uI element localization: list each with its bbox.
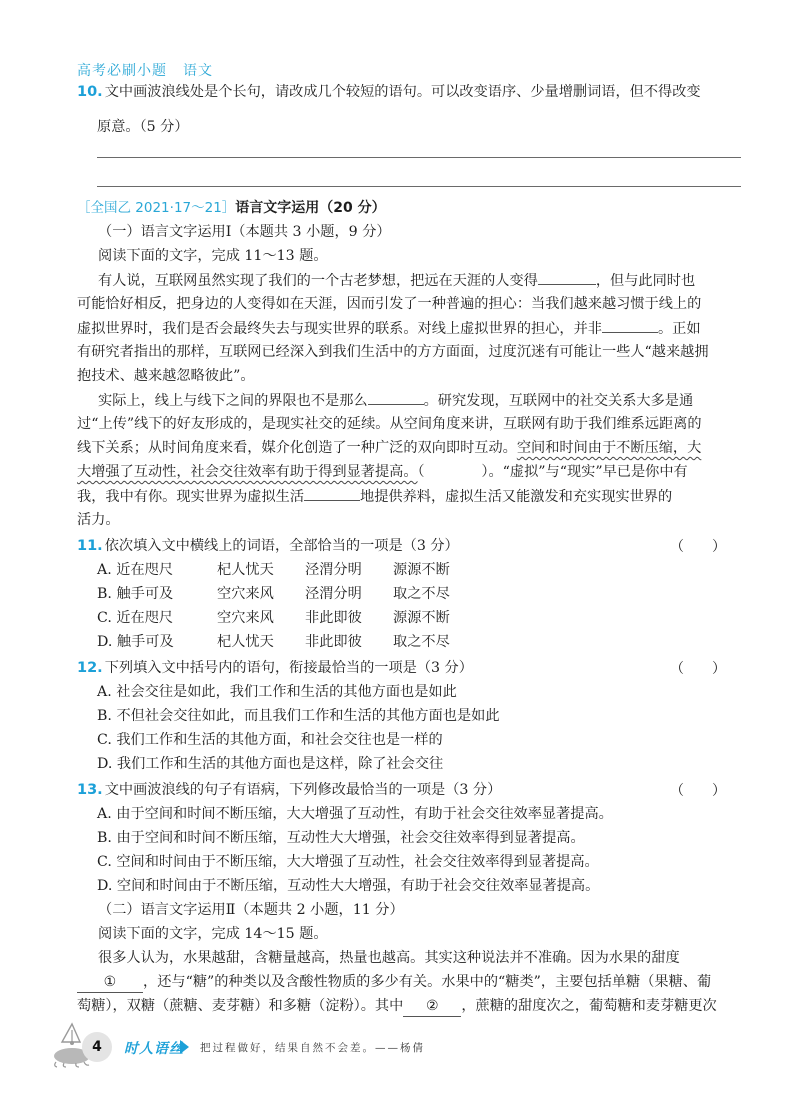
numbered-blank-2[interactable]: ② (403, 996, 461, 1017)
option-b[interactable]: B. 不但社会交往如此，而且我们工作和生活的其他方面也是如此 (97, 706, 757, 726)
footer-brand: 时人语丝 (124, 1038, 184, 1058)
passage-text: ，但与此同时也 (596, 273, 695, 289)
option-word: 泾渭分明 (305, 560, 393, 580)
passage-line: 有人说，互联网虽然实现了我们的一个古老梦想，把远在天涯的人变得，但与此同时也 (98, 270, 758, 291)
option-d[interactable]: D. 空间和时间由于不断压缩，互动性大大增强，有助于社会交往效率显著提高。 (97, 876, 757, 896)
passage-text: 萄糖），双糖（蔗糖、麦芽糖）和多糖（淀粉）。其中 (77, 998, 403, 1014)
option-word: 非此即彼 (305, 632, 393, 652)
option-b[interactable]: B. 由于空间和时间不断压缩，互动性大大增强，社会交往效率得到显著提高。 (97, 828, 757, 848)
part2-instruction: 阅读下面的文字，完成 14～15 题。 (98, 924, 758, 944)
option-c[interactable]: C. 空间和时间由于不断压缩，大大增强了互动性，社会交往效率得到显著提高。 (97, 852, 757, 872)
option-a[interactable]: A. 社会交往是如此，我们工作和生活的其他方面也是如此 (97, 682, 757, 702)
part1-instruction: 阅读下面的文字，完成 11～13 题。 (98, 246, 758, 266)
passage-text: 地提供养料，虚拟生活又能激发和充实现实世界的 (360, 489, 672, 505)
option-row-d[interactable]: D. 触手可及杞人忧天非此即彼取之不尽 (97, 632, 757, 652)
question-number: 11. (77, 538, 103, 554)
part1-title: （一）语言文字运用Ⅰ（本题共 3 小题，9 分） (98, 222, 758, 242)
play-arrow-icon (180, 1040, 189, 1054)
option-d[interactable]: D. 我们工作和生活的其他方面也是这样，除了社会交往 (97, 754, 757, 774)
option-word: 非此即彼 (305, 608, 393, 628)
section-title: 语言文字运用（20 分） (235, 200, 385, 216)
passage-line: 实际上，线上与线下之间的界限也不是那么。研究发现，互联网中的社交关系大多是通 (98, 390, 758, 411)
passage-line: 我，我中有你。现实世界为虚拟生活地提供养料，虚拟生活又能激发和充实现实世界的 (77, 486, 737, 507)
question-13: 13.文中画波浪线的句子有语病，下列修改最恰当的一项是（3 分） (77, 780, 737, 800)
passage-line: 线下关系；从时间角度来看，媒介化创造了一种广泛的双向即时互动。空间和时间由于不断… (77, 438, 737, 458)
page-header: 高考必刷小题语文 (77, 60, 213, 80)
answer-line-1[interactable] (97, 157, 741, 158)
option-row-a[interactable]: A. 近在咫尺杞人忧天泾渭分明源源不断 (97, 560, 757, 580)
passage-text: 虚拟世界时，我们是否会最终失去与现实世界的联系。对线上虚拟世界的担心，并非 (77, 321, 602, 337)
passage-line: 抱技术、越来越忽略彼此”。 (77, 366, 737, 386)
passage-text: 。研究发现，互联网中的社交关系大多是通 (424, 393, 694, 409)
passage-line: 很多人认为，水果越甜，含糖量越高，热量也越高。其实这种说法并不准确。因为水果的甜… (98, 948, 758, 968)
passage-text: 线下关系；从时间角度来看，媒介化创造了一种广泛的双向即时互动。 (77, 440, 517, 456)
option-a[interactable]: A. 由于空间和时间不断压缩，大大增强了互动性，有助于社会交往效率显著提高。 (97, 804, 757, 824)
wavy-underlined-text: 空间和时间由于不断压缩，大 (517, 440, 701, 456)
question-stem: 下列填入文中括号内的语句，衔接最恰当的一项是（3 分） (105, 660, 473, 676)
option-word: 源源不断 (393, 608, 450, 628)
passage-line: 萄糖），双糖（蔗糖、麦芽糖）和多糖（淀粉）。其中②，蔗糖的甜度次之，葡萄糖和麦芽… (77, 996, 737, 1017)
passage-text: 有人说，互联网虽然实现了我们的一个古老梦想，把远在天涯的人变得 (98, 273, 538, 289)
question-number: 12. (77, 660, 103, 676)
passage-line: 有研究者指出的那样，互联网已经深入到我们生活中的方方面面，过度沉迷有可能让一些人… (77, 342, 737, 362)
fill-blank[interactable] (538, 270, 596, 285)
passage-text: 。正如 (658, 321, 701, 337)
page-number: 4 (82, 1032, 112, 1062)
option-row-b[interactable]: B. 触手可及空穴来风泾渭分明取之不尽 (97, 584, 757, 604)
passage-line: 过“上传”线下的好友形成的，是现实社交的延续。从空间角度来讲，互联网有助于我们维… (77, 414, 737, 434)
question-11: 11.依次填入文中横线上的词语，全部恰当的一项是（3 分） (77, 536, 737, 556)
passage-text: 实际上，线上与线下之间的界限也不是那么 (98, 393, 368, 409)
question-stem: 文中画波浪线处是个长句，请改成几个较短的语句。可以改变语序、少量增删词语，但不得… (105, 84, 701, 100)
answer-paren[interactable]: （ ） (670, 536, 726, 556)
question-10: 10.文中画波浪线处是个长句，请改成几个较短的语句。可以改变语序、少量增删词语，… (77, 82, 737, 102)
question-number: 10. (77, 84, 103, 100)
answer-line-2[interactable] (97, 186, 741, 187)
exam-page: 高考必刷小题语文 10.文中画波浪线处是个长句，请改成几个较短的语句。可以改变语… (0, 0, 790, 1101)
option-word: D. 触手可及 (97, 632, 217, 652)
option-word: B. 触手可及 (97, 584, 217, 604)
option-word: 泾渭分明 (305, 584, 393, 604)
option-c[interactable]: C. 我们工作和生活的其他方面，和社会交往也是一样的 (97, 730, 757, 750)
question-number: 13. (77, 782, 103, 798)
passage-line: 大增强了互动性，社会交往效率有助于得到显著提高。（ ）。“虚拟”与“现实”早已是… (77, 462, 737, 482)
question-10-cont: 原意。（5 分） (97, 117, 757, 137)
option-word: 空穴来风 (217, 608, 305, 628)
question-12: 12.下列填入文中括号内的语句，衔接最恰当的一项是（3 分） (77, 658, 737, 678)
wavy-underlined-text: 大增强了互动性，社会交往效率有助于得到显著提高。 (77, 464, 418, 480)
passage-text: 我，我中有你。现实世界为虚拟生活 (77, 489, 304, 505)
passage-text: ，还与“糖”的种类以及含酸性物质的多少有关。水果中的“糖类”，主要包括单糖（果糖… (143, 974, 711, 990)
subject-label: 语文 (183, 63, 213, 79)
passage-text: （ ）。“虚拟”与“现实”早已是你中有 (418, 464, 688, 480)
fill-blank[interactable] (602, 318, 658, 333)
source-tag: ［全国乙 2021·17～21］ (77, 200, 235, 216)
passage-line: ①，还与“糖”的种类以及含酸性物质的多少有关。水果中的“糖类”，主要包括单糖（果… (77, 972, 737, 993)
option-word: 取之不尽 (393, 584, 450, 604)
answer-paren[interactable]: （ ） (670, 658, 726, 678)
question-stem: 文中画波浪线的句子有语病，下列修改最恰当的一项是（3 分） (105, 782, 502, 798)
option-word: 源源不断 (393, 560, 450, 580)
fill-blank[interactable] (304, 486, 360, 501)
option-word: 杞人忧天 (217, 560, 305, 580)
numbered-blank-1[interactable]: ① (77, 972, 143, 993)
option-word: A. 近在咫尺 (97, 560, 217, 580)
page-footer: 4 时人语丝 把过程做好，结果自然不会差。——杨倩 (50, 1022, 750, 1072)
question-stem: 依次填入文中横线上的词语，全部恰当的一项是（3 分） (105, 538, 459, 554)
option-word: 空穴来风 (217, 584, 305, 604)
fill-blank[interactable] (368, 390, 424, 405)
passage-text: ，蔗糖的甜度次之，葡萄糖和麦芽糖更次 (461, 998, 716, 1014)
footer-quote: 把过程做好，结果自然不会差。——杨倩 (200, 1040, 425, 1055)
option-word: 取之不尽 (393, 632, 450, 652)
option-word: C. 近在咫尺 (97, 608, 217, 628)
option-word: 杞人忧天 (217, 632, 305, 652)
option-row-c[interactable]: C. 近在咫尺空穴来风非此即彼源源不断 (97, 608, 757, 628)
passage-line: 活力。 (77, 510, 737, 530)
book-title: 高考必刷小题 (77, 63, 167, 79)
section-header: ［全国乙 2021·17～21］语言文字运用（20 分） (77, 198, 737, 218)
answer-paren[interactable]: （ ） (670, 780, 726, 800)
passage-line: 可能恰好相反，把身边的人变得如在天涯，因而引发了一种普遍的担心：当我们越来越习惯… (77, 294, 737, 314)
passage-line: 虚拟世界时，我们是否会最终失去与现实世界的联系。对线上虚拟世界的担心，并非。正如 (77, 318, 737, 339)
part2-title: （二）语言文字运用Ⅱ（本题共 2 小题，11 分） (98, 900, 758, 920)
